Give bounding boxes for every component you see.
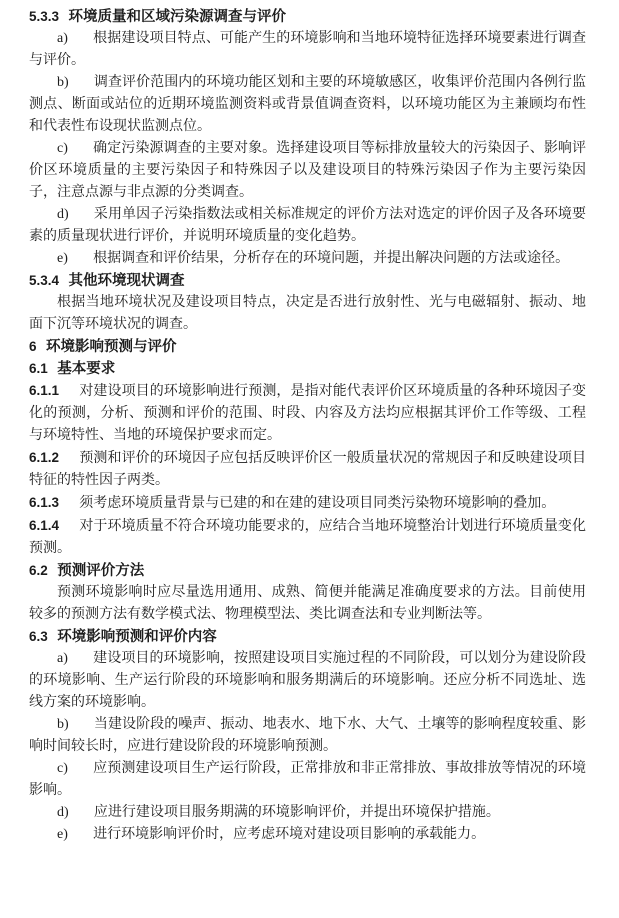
section-heading-6-1: 6.1基本要求 bbox=[29, 358, 586, 380]
section-number: 6.2 bbox=[29, 563, 48, 578]
clause-text: 预测和评价的环境因子应包括反映评价区一般质量状况的常规因子和反映建设项目特征的特… bbox=[29, 451, 586, 488]
list-item-d: d)应进行建设项目服务期满的环境影响评价，并提出环境保护措施。 bbox=[29, 802, 586, 824]
paragraph: 预测环境影响时应尽量选用通用、成熟、简便并能满足准确度要求的方法。目前使用较多的… bbox=[29, 582, 586, 626]
list-item-e: e)进行环境影响评价时，应考虑环境对建设项目影响的承载能力。 bbox=[29, 824, 586, 846]
list-item-b: b)当建设阶段的噪声、振动、地表水、地下水、大气、土壤等的影响程度较重、影响时间… bbox=[29, 714, 586, 758]
item-text: 采用单因子污染指数法或相关标准规定的评价方法对选定的评价因子及各环境要素的质量现… bbox=[29, 207, 586, 244]
item-text: 当建设阶段的噪声、振动、地表水、地下水、大气、土壤等的影响程度较重、影响时间较长… bbox=[29, 717, 586, 754]
section-heading-5-3-3: 5.3.3环境质量和区域污染源调查与评价 bbox=[29, 6, 586, 28]
item-text: 应进行建设项目服务期满的环境影响评价，并提出环境保护措施。 bbox=[94, 805, 500, 820]
list-item-c: c)确定污染源调查的主要对象。选择建设项目等标排放量较大的污染因子、影响评价区环… bbox=[29, 138, 586, 204]
clause-6-1-1: 6.1.1对建设项目的环境影响进行预测，是指对能代表评价区环境质量的各种环境因子… bbox=[29, 380, 586, 447]
section-heading-5-3-4: 5.3.4其他环境现状调查 bbox=[29, 270, 586, 292]
list-item-a: a)根据建设项目特点、可能产生的环境影响和当地环境特征选择环境要素进行调查与评价… bbox=[29, 28, 586, 72]
paragraph-text: 根据当地环境状况及建设项目特点，决定是否进行放射性、光与电磁辐射、振动、地面下沉… bbox=[29, 295, 586, 332]
chapter-title: 环境影响预测与评价 bbox=[46, 339, 177, 355]
item-text: 根据建设项目特点、可能产生的环境影响和当地环境特征选择环境要素进行调查与评价。 bbox=[29, 31, 586, 68]
clause-text: 须考虑环境质量背景与已建的和在建的建设项目同类污染物环境影响的叠加。 bbox=[79, 496, 555, 511]
item-text: 进行环境影响评价时，应考虑环境对建设项目影响的承载能力。 bbox=[93, 827, 485, 842]
clause-6-1-2: 6.1.2预测和评价的环境因子应包括反映评价区一般质量状况的常规因子和反映建设项… bbox=[29, 447, 586, 492]
document-page: 5.3.3环境质量和区域污染源调查与评价 a)根据建设项目特点、可能产生的环境影… bbox=[0, 0, 619, 918]
item-letter: a) bbox=[57, 31, 68, 46]
item-letter: b) bbox=[57, 717, 69, 732]
chapter-number: 6 bbox=[29, 339, 37, 354]
clause-text: 对建设项目的环境影响进行预测，是指对能代表评价区环境质量的各种环境因子变化的预测… bbox=[29, 384, 586, 443]
item-text: 调查评价范围内的环境功能区划和主要的环境敏感区，收集评价范围内各例行监测点、断面… bbox=[29, 75, 586, 134]
clause-number: 6.1.1 bbox=[29, 383, 59, 398]
chapter-heading-6: 6环境影响预测与评价 bbox=[29, 336, 586, 358]
item-text: 应预测建设项目生产运行阶段，正常排放和非正常排放、事故排放等情况的环境影响。 bbox=[29, 761, 586, 798]
item-letter: b) bbox=[57, 75, 69, 90]
section-number: 6.1 bbox=[29, 361, 48, 376]
item-text: 确定污染源调查的主要对象。选择建设项目等标排放量较大的污染因子、影响评价区环境质… bbox=[29, 141, 586, 200]
item-letter: c) bbox=[57, 761, 68, 776]
item-letter: e) bbox=[57, 251, 68, 266]
item-letter: d) bbox=[57, 207, 69, 222]
clause-number: 6.1.3 bbox=[29, 495, 59, 510]
item-letter: d) bbox=[57, 805, 69, 820]
clause-number: 6.1.4 bbox=[29, 518, 59, 533]
list-item-d: d)采用单因子污染指数法或相关标准规定的评价方法对选定的评价因子及各环境要素的质… bbox=[29, 204, 586, 248]
paragraph-text: 预测环境影响时应尽量选用通用、成熟、简便并能满足准确度要求的方法。目前使用较多的… bbox=[29, 585, 586, 622]
section-number: 6.3 bbox=[29, 629, 48, 644]
section-title: 环境影响预测和评价内容 bbox=[57, 629, 217, 645]
section-title: 环境质量和区域污染源调查与评价 bbox=[68, 9, 286, 25]
section-number: 5.3.4 bbox=[29, 273, 59, 288]
section-heading-6-3: 6.3环境影响预测和评价内容 bbox=[29, 626, 586, 648]
item-letter: e) bbox=[57, 827, 68, 842]
section-heading-6-2: 6.2预测评价方法 bbox=[29, 560, 586, 582]
paragraph: 根据当地环境状况及建设项目特点，决定是否进行放射性、光与电磁辐射、振动、地面下沉… bbox=[29, 292, 586, 336]
section-title: 预测评价方法 bbox=[57, 563, 144, 579]
list-item-c: c)应预测建设项目生产运行阶段，正常排放和非正常排放、事故排放等情况的环境影响。 bbox=[29, 758, 586, 802]
section-title: 基本要求 bbox=[57, 361, 115, 377]
clause-number: 6.1.2 bbox=[29, 450, 59, 465]
item-letter: c) bbox=[57, 141, 68, 156]
section-number: 5.3.3 bbox=[29, 9, 59, 24]
list-item-b: b)调查评价范围内的环境功能区划和主要的环境敏感区，收集评价范围内各例行监测点、… bbox=[29, 72, 586, 138]
clause-6-1-4: 6.1.4对于环境质量不符合环境功能要求的，应结合当地环境整治计划进行环境质量变… bbox=[29, 515, 586, 560]
section-title: 其他环境现状调查 bbox=[68, 273, 184, 289]
list-item-e: e)根据调查和评价结果，分析存在的环境问题，并提出解决问题的方法或途径。 bbox=[29, 248, 586, 270]
list-item-a: a)建设项目的环境影响，按照建设项目实施过程的不同阶段，可以划分为建设阶段的环境… bbox=[29, 648, 586, 714]
item-letter: a) bbox=[57, 651, 68, 666]
item-text: 根据调查和评价结果，分析存在的环境问题，并提出解决问题的方法或途径。 bbox=[93, 251, 569, 266]
item-text: 建设项目的环境影响，按照建设项目实施过程的不同阶段，可以划分为建设阶段的环境影响… bbox=[29, 651, 586, 710]
clause-6-1-3: 6.1.3须考虑环境质量背景与已建的和在建的建设项目同类污染物环境影响的叠加。 bbox=[29, 492, 586, 515]
clause-text: 对于环境质量不符合环境功能要求的，应结合当地环境整治计划进行环境质量变化预测。 bbox=[29, 519, 586, 556]
